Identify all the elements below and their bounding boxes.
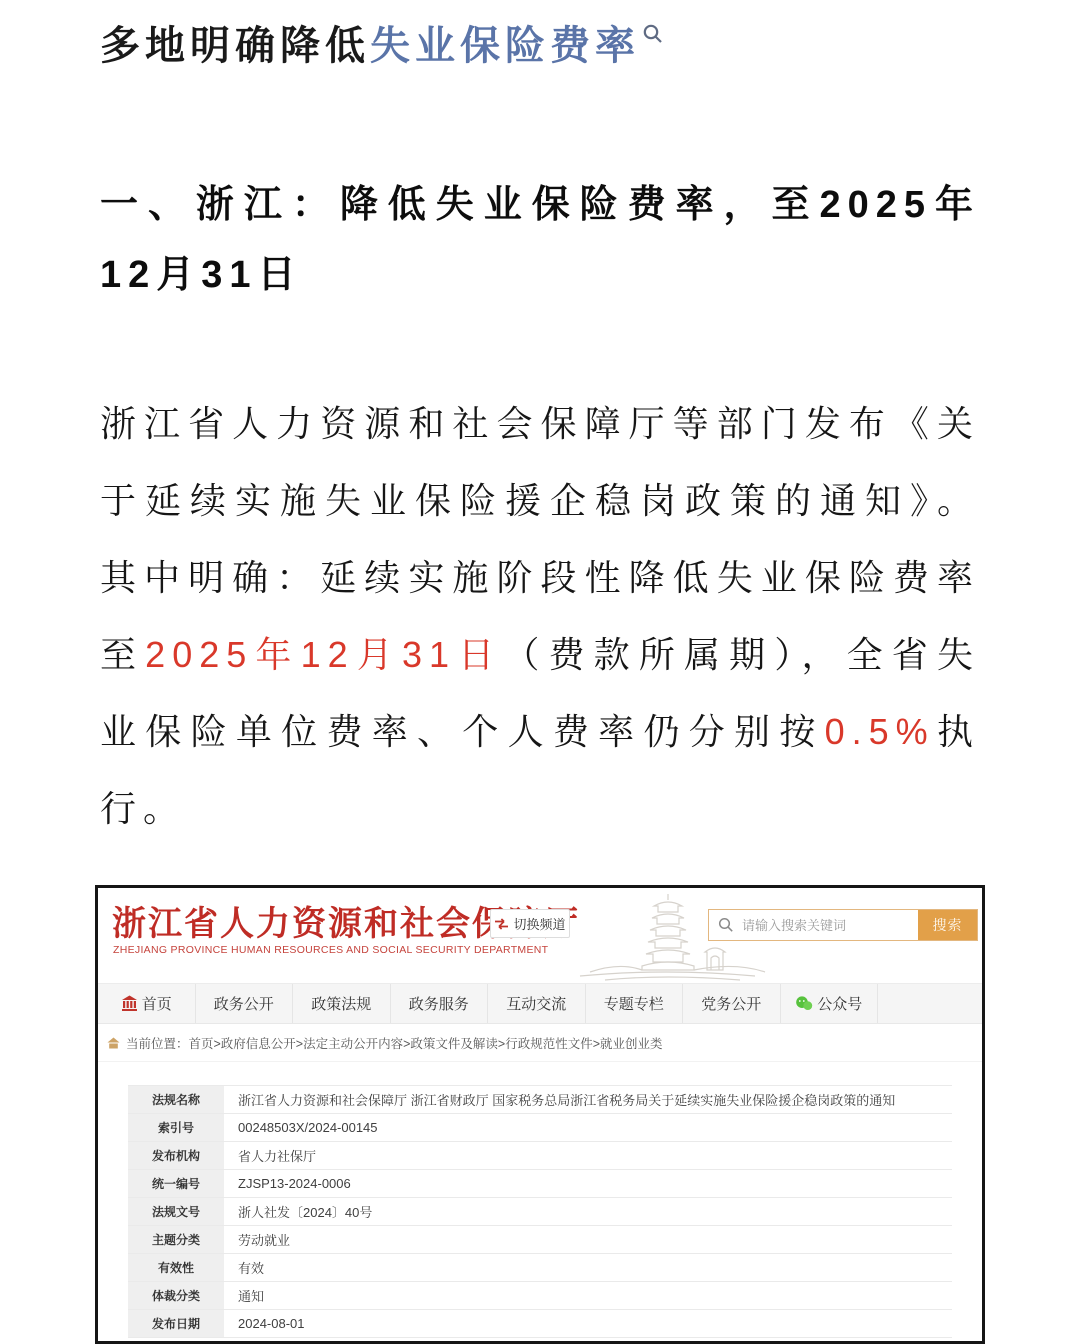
- row-label: 体裁分类: [128, 1282, 224, 1310]
- breadcrumb-text[interactable]: 当前位置：首页>政府信息公开>法定主动公开内容>政策文件及解读>行政规范性文件>…: [126, 1034, 663, 1052]
- row-label: 发布日期: [128, 1310, 224, 1338]
- table-row: 发布机构省人力社保厅: [128, 1142, 952, 1170]
- page-title: 多地明确降低失业保险费率: [100, 18, 980, 74]
- article: 多地明确降低失业保险费率 一、浙江：降低失业保险费率，至2025年12月31日 …: [0, 0, 1080, 847]
- row-value: 通知: [224, 1282, 952, 1310]
- bank-building-icon: [121, 995, 138, 1012]
- search-input[interactable]: [742, 918, 918, 933]
- site-nav: 首页 政务公开 政策法规 政务服务 互动交流 专题专栏 党务公开 公众号: [98, 983, 982, 1024]
- row-value: 浙人社发〔2024〕40号: [224, 1198, 952, 1226]
- row-label: 统一编号: [128, 1170, 224, 1198]
- table-row: 发布日期2024-08-01: [128, 1310, 952, 1338]
- site-title-english: ZHEJIANG PROVINCE HUMAN RESOURCES AND SO…: [113, 944, 548, 956]
- body-paragraph: 浙江省人力资源和社会保障厅等部门发布《关于延续实施失业保险援企稳岗政策的通知》。…: [100, 385, 980, 847]
- row-label: 有效性: [128, 1254, 224, 1282]
- row-label: 法规文号: [128, 1198, 224, 1226]
- table-row: 主题分类劳动就业: [128, 1226, 952, 1254]
- nav-item-label: 公众号: [817, 993, 862, 1014]
- search-icon: [718, 917, 734, 933]
- nav-item-label: 党务公开: [701, 993, 761, 1014]
- nav-item-home[interactable]: 首页: [98, 984, 195, 1023]
- nav-item-label: 互动交流: [506, 993, 566, 1014]
- page-title-keyword-link[interactable]: 失业保险费率: [370, 24, 640, 68]
- nav-item-services[interactable]: 政务服务: [390, 984, 488, 1023]
- row-value: 有效: [224, 1254, 952, 1282]
- home-icon: [107, 1037, 120, 1049]
- nav-item-policies[interactable]: 政策法规: [292, 984, 390, 1023]
- nav-item-wechat-account[interactable]: 公众号: [780, 984, 878, 1023]
- row-label: 法规名称: [128, 1086, 224, 1114]
- table-row: 统一编号ZJSP13-2024-0006: [128, 1170, 952, 1198]
- site-header: 浙江省人力资源和社会保障厅 ZHEJIANG PROVINCE HUMAN RE…: [98, 888, 982, 983]
- row-value: ZJSP13-2024-0006: [224, 1170, 952, 1198]
- nav-item-party-affairs[interactable]: 党务公开: [682, 984, 780, 1023]
- row-value: 劳动就业: [224, 1226, 952, 1254]
- table-row: 有效性有效: [128, 1254, 952, 1282]
- nav-item-gov-info[interactable]: 政务公开: [195, 984, 293, 1023]
- nav-item-label: 政策法规: [311, 993, 371, 1014]
- row-label: 索引号: [128, 1114, 224, 1142]
- table-row: 体裁分类通知: [128, 1282, 952, 1310]
- document-info-table: 法规名称浙江省人力资源和社会保障厅 浙江省财政厅 国家税务总局浙江省税务局关于延…: [128, 1085, 952, 1338]
- site-search: 搜索: [708, 909, 978, 941]
- section-heading: 一、浙江：降低失业保险费率，至2025年12月31日: [100, 170, 980, 310]
- breadcrumb: 当前位置：首页>政府信息公开>法定主动公开内容>政策文件及解读>行政规范性文件>…: [98, 1024, 982, 1062]
- nav-item-special-topics[interactable]: 专题专栏: [585, 984, 683, 1023]
- row-value: 浙江省人力资源和社会保障厅 浙江省财政厅 国家税务总局浙江省税务局关于延续实施失…: [224, 1086, 952, 1114]
- row-value: 2024-08-01: [224, 1310, 952, 1338]
- search-button[interactable]: 搜索: [918, 910, 977, 940]
- gov-site-screenshot: 浙江省人力资源和社会保障厅 ZHEJIANG PROVINCE HUMAN RE…: [95, 885, 985, 1344]
- wechat-icon: [795, 996, 813, 1011]
- nav-item-label: 政务公开: [214, 993, 274, 1014]
- nav-spacer: [877, 984, 982, 1023]
- search-input-box: [709, 910, 918, 940]
- table-row: 法规名称浙江省人力资源和社会保障厅 浙江省财政厅 国家税务总局浙江省税务局关于延…: [128, 1086, 952, 1114]
- row-label: 主题分类: [128, 1226, 224, 1254]
- row-label: 发布机构: [128, 1142, 224, 1170]
- document-info-panel: 法规名称浙江省人力资源和社会保障厅 浙江省财政厅 国家税务总局浙江省税务局关于延…: [98, 1062, 982, 1338]
- row-value: 省人力社保厅: [224, 1142, 952, 1170]
- nav-item-label: 首页: [142, 993, 172, 1014]
- row-value: 00248503X/2024-00145: [224, 1114, 952, 1142]
- search-icon[interactable]: [642, 23, 664, 45]
- nav-item-interaction[interactable]: 互动交流: [487, 984, 585, 1023]
- table-row: 索引号00248503X/2024-00145: [128, 1114, 952, 1142]
- nav-item-label: 专题专栏: [604, 993, 664, 1014]
- swap-arrows-icon: [494, 918, 509, 930]
- nav-item-label: 政务服务: [409, 993, 469, 1014]
- table-row: 法规文号浙人社发〔2024〕40号: [128, 1198, 952, 1226]
- page-title-plain: 多地明确降低: [100, 24, 370, 68]
